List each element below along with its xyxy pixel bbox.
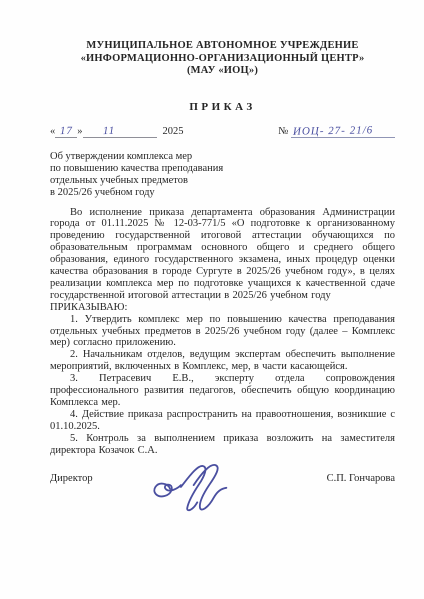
order-item-5: 5. Контроль за выполнением приказа возло… bbox=[50, 433, 395, 457]
document-page: МУНИЦИПАЛЬНОЕ АВТОНОМНОЕ УЧРЕЖДЕНИЕ «ИНФ… bbox=[0, 0, 424, 599]
organization-header: МУНИЦИПАЛЬНОЕ АВТОНОМНОЕ УЧРЕЖДЕНИЕ «ИНФ… bbox=[50, 40, 395, 78]
body-text: Во исполнение приказа департамента образ… bbox=[50, 207, 395, 457]
director-signature-icon bbox=[150, 457, 250, 518]
signature-row: Директор С.П. Гончарова bbox=[50, 473, 395, 518]
org-name-line2: «ИНФОРМАЦИОННО-ОРГАНИЗАЦИОННЫЙ ЦЕНТР» bbox=[50, 53, 395, 66]
signer-name: С.П. Гончарова bbox=[327, 473, 395, 484]
order-item-2: 2. Начальникам отделов, ведущим эксперта… bbox=[50, 349, 395, 373]
date-and-number-row: «17»112025 № ИОЦ- 27- 21/6 bbox=[50, 126, 395, 138]
position-title: Директор bbox=[50, 473, 93, 484]
handwritten-number: ИОЦ- 27- 21/6 bbox=[293, 125, 373, 137]
decree-word: ПРИКАЗЫВАЮ: bbox=[50, 302, 395, 314]
order-item-3: 3. Петрасевич Е.В., эксперту отдела сопр… bbox=[50, 373, 395, 409]
year-text: 2025 bbox=[163, 126, 184, 137]
intro-paragraph: Во исполнение приказа департамента образ… bbox=[50, 207, 395, 302]
subject-line: отдельных учебных предметов bbox=[50, 175, 395, 187]
subject-line: в 2025/26 учебном году bbox=[50, 187, 395, 199]
order-item-1: 1. Утвердить комплекс мер по повышению к… bbox=[50, 314, 395, 350]
handwritten-month: 11 bbox=[102, 125, 114, 136]
org-name-line1: МУНИЦИПАЛЬНОЕ АВТОНОМНОЕ УЧРЕЖДЕНИЕ bbox=[50, 40, 395, 53]
order-item-4: 4. Действие приказа распространить на пр… bbox=[50, 409, 395, 433]
number-label: № bbox=[278, 126, 288, 137]
handwritten-day: 17 bbox=[60, 125, 73, 136]
subject-line: Об утверждении комплекса мер bbox=[50, 151, 395, 163]
org-name-line3: (МАУ «ИОЦ») bbox=[50, 65, 395, 78]
date-field: «17»112025 bbox=[50, 126, 184, 138]
document-type-title: ПРИКАЗ bbox=[50, 101, 395, 113]
subject-block: Об утверждении комплекса мер по повышени… bbox=[50, 151, 395, 199]
number-field: № ИОЦ- 27- 21/6 bbox=[278, 126, 395, 138]
subject-line: по повышению качества преподавания bbox=[50, 163, 395, 175]
